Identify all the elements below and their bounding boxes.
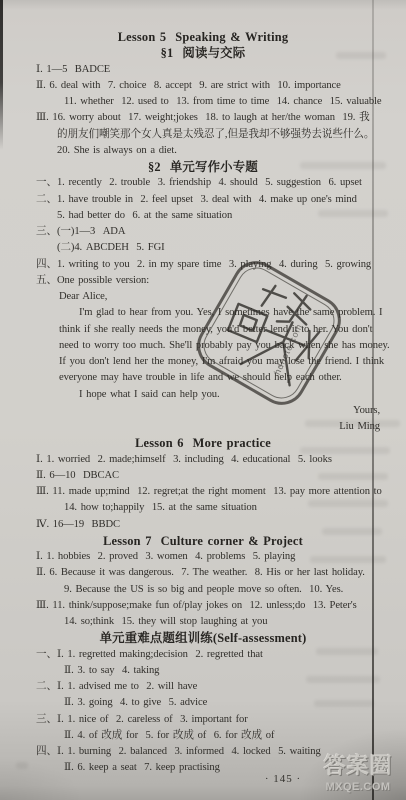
watermark-logo: 答案圈 <box>311 749 405 780</box>
answer-line: (二)4. ABCDEH 5. FGI <box>0 240 406 256</box>
section-heading: Lesson 5 Speaking & Writing <box>0 29 406 45</box>
answer-line: 11. whether 12. used to 13. from time to… <box>0 94 406 110</box>
section-heading: §1 阅读与交际 <box>0 45 406 61</box>
watermark-site: MXQE.COM <box>311 781 405 793</box>
answer-line: 五、One possible version: <box>0 273 406 289</box>
answer-line: 一、1. recently 2. trouble 3. friendship 4… <box>0 175 406 191</box>
answer-line: Ⅱ. 6. deal with 7. choice 8. accept 9. a… <box>0 78 406 94</box>
answer-line: 一、Ⅰ. 1. regretted making;decision 2. reg… <box>0 647 406 663</box>
watermark: 答案圈 MXQE.COM <box>311 749 405 793</box>
answer-line: Ⅱ. 6. Because it was dangerous. 7. The w… <box>0 565 406 581</box>
answer-line: Ⅳ. 16—19 BBDC <box>0 517 406 533</box>
letter-line: everyone may have trouble in life and we… <box>0 370 406 386</box>
letter-line: I hope what I said can help you. <box>0 387 406 403</box>
answer-line: 20. She is always on a diet. <box>0 143 406 159</box>
answer-line: Ⅱ. 3. to say 4. taking <box>0 663 406 679</box>
answer-line: 三、Ⅰ. 1. nice of 2. careless of 3. import… <box>0 712 406 728</box>
signature-line: Liu Ming <box>0 419 406 435</box>
section-heading: Lesson 6 More practice <box>0 435 406 451</box>
answer-line: Ⅱ. 3. going 4. to give 5. advice <box>0 695 406 711</box>
signature-line: Yours, <box>0 403 406 419</box>
answer-line: 9. Because the US is so big and people m… <box>0 582 406 598</box>
answer-line: Ⅰ. 1—5 BADCE <box>0 62 406 78</box>
answer-line: 三、(一)1—3 ADA <box>0 224 406 240</box>
answer-line: 5. had better do 6. at the same situatio… <box>0 208 406 224</box>
answer-line: Ⅱ. 6—10 DBCAC <box>0 468 406 484</box>
answer-line: Ⅲ. 16. worry about 17. weight;jokes 18. … <box>0 110 406 126</box>
answer-line: 四、1. writing to you 2. in my spare time … <box>0 257 406 273</box>
section-heading: 单元重难点题组训练(Self-assessment) <box>0 630 406 646</box>
text-column: Lesson 5 Speaking & Writing §1 阅读与交际 Ⅰ. … <box>0 29 406 777</box>
answer-line: 二、Ⅰ. 1. advised me to 2. will have <box>0 679 406 695</box>
scanned-answer-page: Lesson 5 Speaking & Writing §1 阅读与交际 Ⅰ. … <box>0 0 406 800</box>
answer-line: Ⅲ. 11. made up;mind 12. regret;at the ri… <box>0 484 406 500</box>
answer-line: 14. so;think 15. they will stop laughing… <box>0 614 406 630</box>
answer-line: 的朋友们嘲笑那个女人真是太残忍了,但是我却不够强势去说些什么。 <box>0 127 406 143</box>
section-heading: §2 单元写作小专题 <box>0 159 406 175</box>
answer-line: 14. how to;happily 15. at the same situa… <box>0 500 406 516</box>
answer-line: Ⅲ. 11. think/suppose;make fun of/play jo… <box>0 598 406 614</box>
answer-line: Ⅰ. 1. worried 2. made;himself 3. includi… <box>0 452 406 468</box>
letter-line: Dear Alice, <box>0 289 406 305</box>
answer-line: Ⅰ. 1. hobbies 2. proved 3. women 4. prob… <box>0 549 406 565</box>
section-heading: Lesson 7 Culture corner & Project <box>0 533 406 549</box>
answer-line: 二、1. have trouble in 2. feel upset 3. de… <box>0 192 406 208</box>
answer-line: Ⅱ. 4. of 改成 for 5. for 改成 of 6. for 改成 o… <box>0 728 406 744</box>
letter-line: I'm glad to hear from you. Yes, I someti… <box>0 305 406 321</box>
